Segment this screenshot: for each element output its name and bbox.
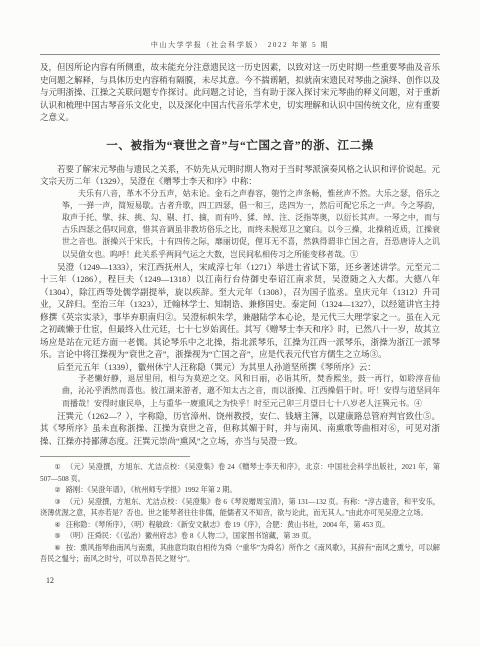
footnote-text: （明）汪舜民：《（弘治）徽州府志》卷 8《人物二》，国家图书馆藏，第 39 页。 — [66, 532, 316, 540]
journal-page: 中山大学学报（社会科学版） 2022 年第 5 期 及，但因所论内容有所侧重，故… — [0, 0, 480, 647]
journal-header: 中山大学学报（社会科学版） 2022 年第 5 期 — [40, 40, 440, 55]
footnote-5: ⑤（明）汪舜民：《（弘治）徽州府志》卷 8《人物二》，国家图书馆藏，第 39 页… — [40, 531, 440, 543]
paragraph-wang-bio: 汪巽元（1262—？），字称隐，历官漳州、饶州教授，安仁、钱塘主簿，以建康路总管… — [40, 410, 440, 448]
blockquote-wang: 予老懒好静，退居里闬，相与为莫逆之交。风和日丽，必诣其所，焚香熙坐，鼓一再行，如… — [62, 373, 440, 410]
footnote-1: ①（元）吴澄撰，方旭东、尤洁点校：《吴澄集》卷 24《赠琴士李天和序》，北京：中… — [40, 462, 440, 485]
footnote-marker: ④ — [54, 521, 60, 529]
footnote-marker: ③ — [54, 498, 61, 506]
footnote-text: 按：熏风指琴曲南风与南熏，其曲意均取自相传为舜（“重华”为舜名）所作之《南风歌》… — [40, 544, 440, 564]
page-content: 中山大学学报（社会科学版） 2022 年第 5 期 及，但因所论内容有所侧重，故… — [0, 0, 480, 585]
blockquote-wucheng: 夫乐有八音，革木不分五声，姑未论。金石之声舂容，匏竹之声条畅，惟丝声不然。大乐之… — [62, 188, 440, 261]
footnote-text: （元）吴澄撰，方旭东、尤洁点校：《吴澄集》卷 24《赠琴士李天和序》，北京：中国… — [40, 463, 440, 483]
footnote-2: ②路刚：《吴澄年谱》，《杭州师专学报》1992 年第 2 期。 — [40, 485, 440, 497]
page-number: 12 — [46, 576, 440, 585]
intro-paragraph: 及，但因所论内容有所侧重，故未能充分注意遗民这一历史因素，以致对这一历史时期一些… — [40, 61, 440, 124]
footnote-marker: ① — [54, 463, 61, 471]
paragraph-wucheng-intro: 若要了解宋元琴曲与遗民之关系，不妨先从元明时期人物对于当时琴派演奏风格之认识和评… — [40, 163, 440, 188]
footnote-divider — [40, 456, 190, 457]
paragraph-wucheng-bio: 吴澄（1249—1333），宋江西抚州人，宋咸淳七年（1271）举进士省试下第，… — [40, 261, 440, 361]
paragraph-wang-intro: 后至元五年（1339），徽州休宁人汪称隐（巽元）为其里人孙道坚所撰《琴所序》云： — [40, 361, 440, 374]
footnote-3: ③（元）吴澄撰，方旭东、尤洁点校：《吴澄集》卷 6《琴说赠周宝清》，第 131—… — [40, 497, 440, 520]
footnote-text: 汪称隐：《琴所序》，（明）程敏政：《新安文献志》卷 19《序》，合肥：黄山书社，… — [66, 521, 389, 529]
footnote-marker: ② — [54, 486, 60, 494]
footnote-4: ④汪称隐：《琴所序》，（明）程敏政：《新安文献志》卷 19《序》，合肥：黄山书社… — [40, 520, 440, 532]
footnote-marker: ⑤ — [54, 532, 60, 540]
section-heading: 一、被指为“衰世之音”与“亡国之音”的浙、江二操 — [40, 137, 440, 153]
footnote-6: ⑥按：熏风指琴曲南风与南熏，其曲意均取自相传为舜（“重华”为舜名）所作之《南风歌… — [40, 543, 440, 566]
footnote-text: （元）吴澄撰，方旭东、尤洁点校：《吴澄集》卷 6《琴说赠周宝清》，第 131—1… — [40, 498, 440, 518]
footnote-text: 路刚：《吴澄年谱》，《杭州师专学报》1992 年第 2 期。 — [66, 486, 237, 494]
footnotes-section: ①（元）吴澄撰，方旭东、尤洁点校：《吴澄集》卷 24《赠琴士李天和序》，北京：中… — [40, 462, 440, 566]
footnote-marker: ⑥ — [54, 544, 60, 552]
